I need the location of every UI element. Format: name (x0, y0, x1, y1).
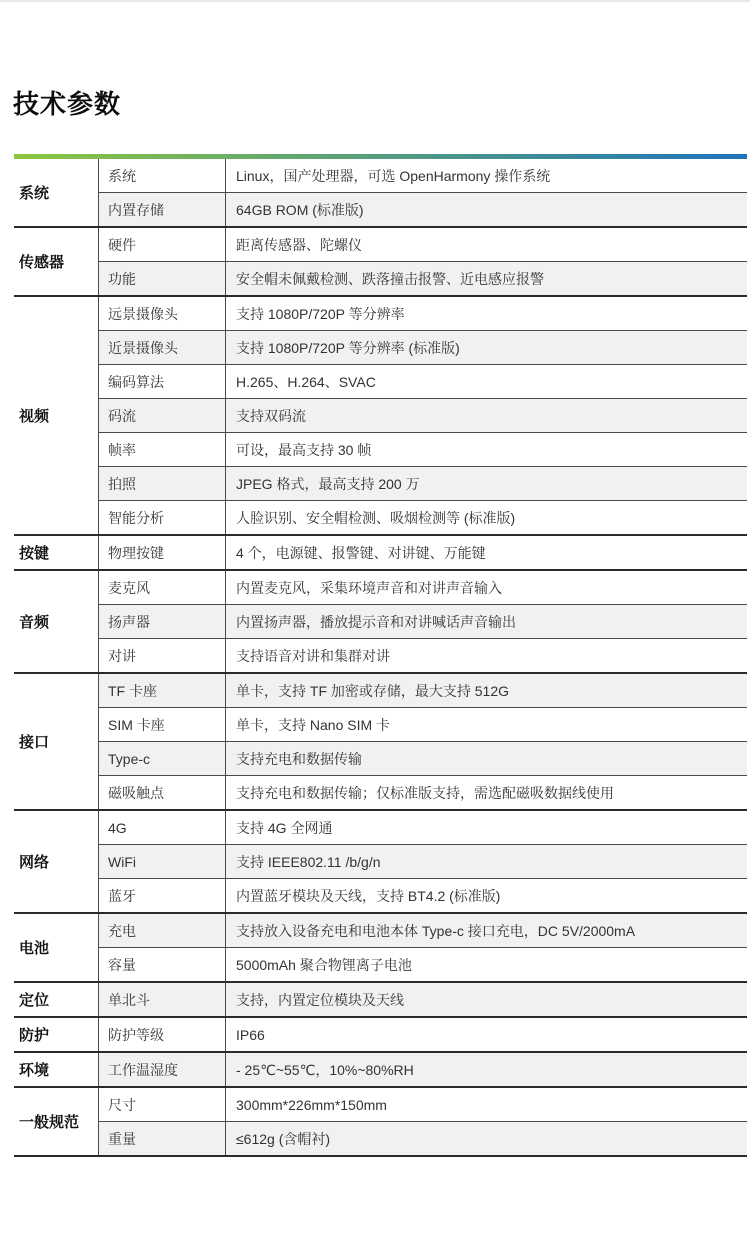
spec-value: 单卡，支持 Nano SIM 卡 (226, 708, 747, 741)
spec-section: 按键物理按键4 个，电源键、报警键、对讲键、万能键 (14, 534, 747, 569)
spec-value: 内置蓝牙模块及天线，支持 BT4.2 (标准版) (226, 879, 747, 912)
table-row: 码流支持双码流 (99, 398, 747, 432)
table-row: 功能安全帽未佩戴检测、跌落撞击报警、近电感应报警 (99, 261, 747, 295)
spec-label: 4G (99, 811, 226, 844)
category-cell: 传感器 (14, 228, 99, 295)
spec-value: ≤612g (含帽衬) (226, 1122, 747, 1155)
spec-value: 支持 IEEE802.11 /b/g/n (226, 845, 747, 878)
table-row: 工作温湿度- 25℃~55℃，10%~80%RH (99, 1053, 747, 1086)
table-row: 重量≤612g (含帽衬) (99, 1121, 747, 1155)
spec-value: - 25℃~55℃，10%~80%RH (226, 1053, 747, 1086)
table-row: 尺寸300mm*226mm*150mm (99, 1088, 747, 1121)
category-cell: 防护 (14, 1018, 99, 1051)
section-rows: TF 卡座单卡，支持 TF 加密或存储，最大支持 512GSIM 卡座单卡，支持… (99, 674, 747, 809)
spec-value: 5000mAh 聚合物锂离子电池 (226, 948, 747, 981)
section-rows: 硬件距离传感器、陀螺仪功能安全帽未佩戴检测、跌落撞击报警、近电感应报警 (99, 228, 747, 295)
spec-label: 重量 (99, 1122, 226, 1155)
table-row: TF 卡座单卡，支持 TF 加密或存储，最大支持 512G (99, 674, 747, 707)
section-rows: 防护等级IP66 (99, 1018, 747, 1051)
table-row: 拍照JPEG 格式，最高支持 200 万 (99, 466, 747, 500)
table-row: 硬件距离传感器、陀螺仪 (99, 228, 747, 261)
table-row: 容量5000mAh 聚合物锂离子电池 (99, 947, 747, 981)
section-rows: 系统Linux，国产处理器，可选 OpenHarmony 操作系统内置存储64G… (99, 159, 747, 226)
table-row: 防护等级IP66 (99, 1018, 747, 1051)
spec-label: 物理按键 (99, 536, 226, 569)
spec-label: 麦克风 (99, 571, 226, 604)
section-rows: 远景摄像头支持 1080P/720P 等分辨率近景摄像头支持 1080P/720… (99, 297, 747, 534)
spec-label: 码流 (99, 399, 226, 432)
spec-section: 系统系统Linux，国产处理器，可选 OpenHarmony 操作系统内置存储6… (14, 159, 747, 226)
spec-value: 4 个，电源键、报警键、对讲键、万能键 (226, 536, 747, 569)
spec-label: 拍照 (99, 467, 226, 500)
spec-section: 接口TF 卡座单卡，支持 TF 加密或存储，最大支持 512GSIM 卡座单卡，… (14, 672, 747, 809)
spec-label: 防护等级 (99, 1018, 226, 1051)
spec-section: 电池充电支持放入设备充电和电池本体 Type-c 接口充电，DC 5V/2000… (14, 912, 747, 981)
spec-table: 系统系统Linux，国产处理器，可选 OpenHarmony 操作系统内置存储6… (14, 154, 747, 1157)
spec-label: 容量 (99, 948, 226, 981)
table-row: SIM 卡座单卡，支持 Nano SIM 卡 (99, 707, 747, 741)
spec-label: 对讲 (99, 639, 226, 672)
spec-value: 支持充电和数据传输；仅标准版支持，需选配磁吸数据线使用 (226, 776, 747, 809)
spec-value: 内置麦克风，采集环境声音和对讲声音输入 (226, 571, 747, 604)
spec-value: 内置扬声器，播放提示音和对讲喊话声音输出 (226, 605, 747, 638)
spec-label: 磁吸触点 (99, 776, 226, 809)
table-row: 扬声器内置扬声器，播放提示音和对讲喊话声音输出 (99, 604, 747, 638)
category-cell: 电池 (14, 914, 99, 981)
spec-value: 64GB ROM (标准版) (226, 193, 747, 226)
spec-value: 支持 1080P/720P 等分辨率 (226, 297, 747, 330)
page-title: 技术参数 (13, 84, 121, 121)
spec-label: 尺寸 (99, 1088, 226, 1121)
table-row: 智能分析人脸识别、安全帽检测、吸烟检测等 (标准版) (99, 500, 747, 534)
table-row: WiFi支持 IEEE802.11 /b/g/n (99, 844, 747, 878)
table-row: 编码算法H.265、H.264、SVAC (99, 364, 747, 398)
spec-value: 可设，最高支持 30 帧 (226, 433, 747, 466)
category-cell: 网络 (14, 811, 99, 912)
table-row: 4G支持 4G 全网通 (99, 811, 747, 844)
spec-label: 功能 (99, 262, 226, 295)
spec-label: 单北斗 (99, 983, 226, 1016)
table-row: 近景摄像头支持 1080P/720P 等分辨率 (标准版) (99, 330, 747, 364)
category-cell: 视频 (14, 297, 99, 534)
section-rows: 4G支持 4G 全网通WiFi支持 IEEE802.11 /b/g/n蓝牙内置蓝… (99, 811, 747, 912)
spec-value: 安全帽未佩戴检测、跌落撞击报警、近电感应报警 (226, 262, 747, 295)
spec-value: 支持语音对讲和集群对讲 (226, 639, 747, 672)
category-cell: 接口 (14, 674, 99, 809)
spec-value: JPEG 格式，最高支持 200 万 (226, 467, 747, 500)
spec-label: 远景摄像头 (99, 297, 226, 330)
table-row: 单北斗支持，内置定位模块及天线 (99, 983, 747, 1016)
spec-label: 工作温湿度 (99, 1053, 226, 1086)
spec-label: 蓝牙 (99, 879, 226, 912)
spec-label: WiFi (99, 845, 226, 878)
spec-label: SIM 卡座 (99, 708, 226, 741)
spec-label: 近景摄像头 (99, 331, 226, 364)
section-rows: 麦克风内置麦克风，采集环境声音和对讲声音输入扬声器内置扬声器，播放提示音和对讲喊… (99, 571, 747, 672)
spec-section: 网络4G支持 4G 全网通WiFi支持 IEEE802.11 /b/g/n蓝牙内… (14, 809, 747, 912)
spec-label: 充电 (99, 914, 226, 947)
spec-section: 一般规范尺寸300mm*226mm*150mm重量≤612g (含帽衬) (14, 1086, 747, 1155)
spec-label: 系统 (99, 159, 226, 192)
spec-section: 传感器硬件距离传感器、陀螺仪功能安全帽未佩戴检测、跌落撞击报警、近电感应报警 (14, 226, 747, 295)
spec-value: H.265、H.264、SVAC (226, 365, 747, 398)
spec-label: 内置存储 (99, 193, 226, 226)
category-cell: 定位 (14, 983, 99, 1016)
table-row: 对讲支持语音对讲和集群对讲 (99, 638, 747, 672)
table-row: 充电支持放入设备充电和电池本体 Type-c 接口充电，DC 5V/2000mA (99, 914, 747, 947)
table-row: 磁吸触点支持充电和数据传输；仅标准版支持，需选配磁吸数据线使用 (99, 775, 747, 809)
spec-label: 帧率 (99, 433, 226, 466)
table-row: 远景摄像头支持 1080P/720P 等分辨率 (99, 297, 747, 330)
spec-value: IP66 (226, 1018, 747, 1051)
spec-sections: 系统系统Linux，国产处理器，可选 OpenHarmony 操作系统内置存储6… (14, 159, 747, 1155)
spec-section: 防护防护等级IP66 (14, 1016, 747, 1051)
spec-section: 音频麦克风内置麦克风，采集环境声音和对讲声音输入扬声器内置扬声器，播放提示音和对… (14, 569, 747, 672)
spec-value: 单卡，支持 TF 加密或存储，最大支持 512G (226, 674, 747, 707)
spec-label: 智能分析 (99, 501, 226, 534)
spec-value: 支持放入设备充电和电池本体 Type-c 接口充电，DC 5V/2000mA (226, 914, 747, 947)
spec-value: 支持双码流 (226, 399, 747, 432)
section-rows: 充电支持放入设备充电和电池本体 Type-c 接口充电，DC 5V/2000mA… (99, 914, 747, 981)
category-cell: 环境 (14, 1053, 99, 1086)
section-rows: 单北斗支持，内置定位模块及天线 (99, 983, 747, 1016)
spec-label: 编码算法 (99, 365, 226, 398)
spec-section: 环境工作温湿度- 25℃~55℃，10%~80%RH (14, 1051, 747, 1086)
category-cell: 系统 (14, 159, 99, 226)
table-row: 麦克风内置麦克风，采集环境声音和对讲声音输入 (99, 571, 747, 604)
spec-label: 硬件 (99, 228, 226, 261)
table-row: 蓝牙内置蓝牙模块及天线，支持 BT4.2 (标准版) (99, 878, 747, 912)
spec-label: 扬声器 (99, 605, 226, 638)
table-row: 内置存储64GB ROM (标准版) (99, 192, 747, 226)
table-row: 系统Linux，国产处理器，可选 OpenHarmony 操作系统 (99, 159, 747, 192)
spec-value: Linux，国产处理器，可选 OpenHarmony 操作系统 (226, 159, 747, 192)
section-rows: 物理按键4 个，电源键、报警键、对讲键、万能键 (99, 536, 747, 569)
category-cell: 音频 (14, 571, 99, 672)
category-cell: 按键 (14, 536, 99, 569)
table-row: 帧率可设，最高支持 30 帧 (99, 432, 747, 466)
spec-section: 视频远景摄像头支持 1080P/720P 等分辨率近景摄像头支持 1080P/7… (14, 295, 747, 534)
table-row: Type-c支持充电和数据传输 (99, 741, 747, 775)
spec-value: 300mm*226mm*150mm (226, 1088, 747, 1121)
spec-value: 支持充电和数据传输 (226, 742, 747, 775)
spec-value: 人脸识别、安全帽检测、吸烟检测等 (标准版) (226, 501, 747, 534)
category-cell: 一般规范 (14, 1088, 99, 1155)
table-row: 物理按键4 个，电源键、报警键、对讲键、万能键 (99, 536, 747, 569)
spec-value: 距离传感器、陀螺仪 (226, 228, 747, 261)
spec-value: 支持 4G 全网通 (226, 811, 747, 844)
section-rows: 工作温湿度- 25℃~55℃，10%~80%RH (99, 1053, 747, 1086)
spec-label: TF 卡座 (99, 674, 226, 707)
spec-value: 支持，内置定位模块及天线 (226, 983, 747, 1016)
spec-value: 支持 1080P/720P 等分辨率 (标准版) (226, 331, 747, 364)
spec-label: Type-c (99, 742, 226, 775)
spec-section: 定位单北斗支持，内置定位模块及天线 (14, 981, 747, 1016)
section-rows: 尺寸300mm*226mm*150mm重量≤612g (含帽衬) (99, 1088, 747, 1155)
